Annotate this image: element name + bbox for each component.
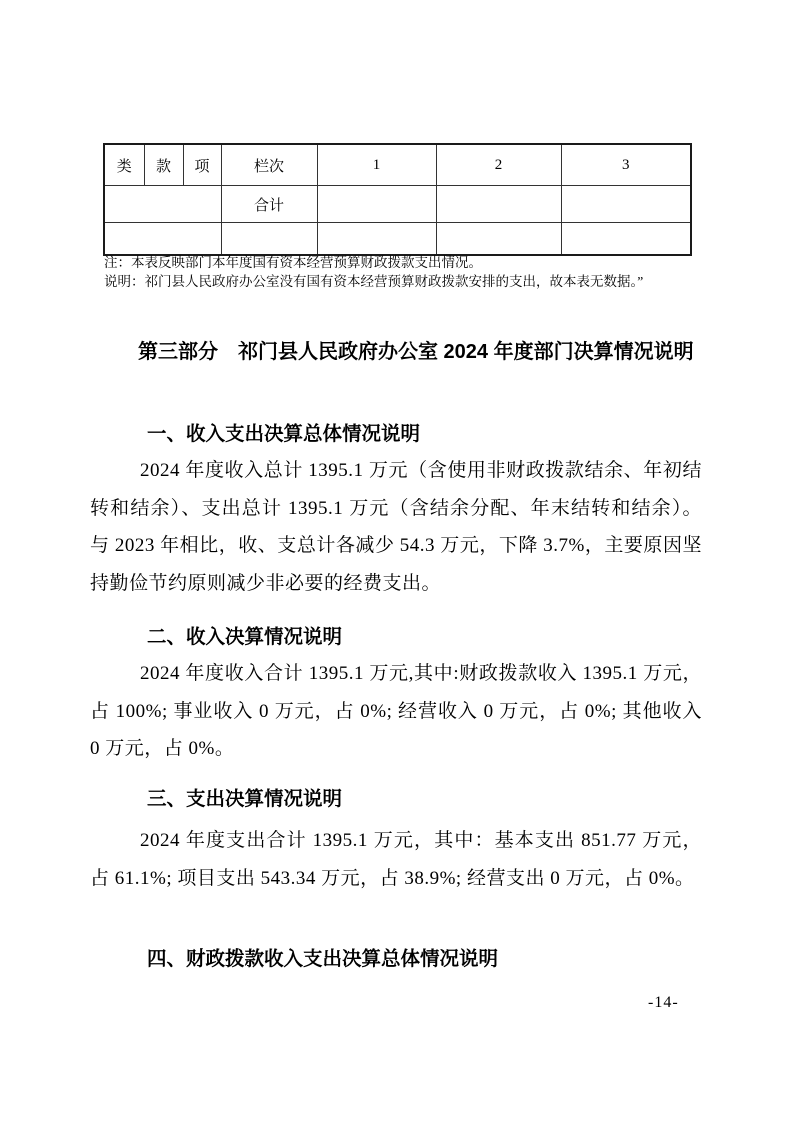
table-note: 注：本表反映部门本年度国有资本经营预算财政拨款支出情况。 [104, 254, 704, 273]
table-cell [221, 223, 317, 256]
table-header-cell: 类 [104, 144, 144, 186]
table-header-cell: 款 [144, 144, 183, 186]
table-header-cell: 栏次 [221, 144, 317, 186]
table-cell [436, 223, 561, 256]
document-page: 类 款 项 栏次 1 2 3 合计 [0, 0, 793, 1122]
table-header-row: 类 款 项 栏次 1 2 3 [104, 144, 691, 186]
section-paragraph-3: 2024 年度支出合计 1395.1 万元，其中：基本支出 851.77 万元，… [90, 822, 702, 897]
section-heading-3: 三、支出决算情况说明 [90, 780, 702, 819]
section-heading-1: 一、收入支出决算总体情况说明 [90, 415, 702, 454]
table-header-cell: 1 [317, 144, 436, 186]
table-cell [104, 186, 221, 223]
section-paragraph-2: 2024 年度收入合计 1395.1 万元,其中:财政拨款收入 1395.1 万… [90, 655, 702, 768]
table-cell [317, 223, 436, 256]
section-heading-2: 二、收入决算情况说明 [90, 618, 702, 657]
table-cell [436, 186, 561, 223]
table-cell [317, 186, 436, 223]
page-number: -14- [648, 994, 679, 1012]
section-paragraph-1: 2024 年度收入总计 1395.1 万元（含使用非财政拨款结余、年初结转和结余… [90, 452, 702, 602]
table-row [104, 223, 691, 256]
table-cell [104, 223, 221, 256]
table-cell-total: 合计 [221, 186, 317, 223]
table-header-cell: 3 [561, 144, 691, 186]
table-note-explanation: 说明：祁门县人民政府办公室没有国有资本经营预算财政拨款安排的支出，故本表无数据。… [104, 273, 704, 292]
table-header-cell: 2 [436, 144, 561, 186]
table-cell [561, 186, 691, 223]
part-three-title: 第三部分 祁门县人民政府办公室 2024 年度部门决算情况说明 [90, 333, 702, 372]
table-header-cell: 项 [183, 144, 221, 186]
table-cell [561, 223, 691, 256]
table-notes: 注：本表反映部门本年度国有资本经营预算财政拨款支出情况。 说明：祁门县人民政府办… [104, 254, 704, 291]
state-capital-budget-table: 类 款 项 栏次 1 2 3 合计 [103, 143, 692, 256]
section-heading-4: 四、财政拨款收入支出决算总体情况说明 [90, 940, 702, 979]
table-row: 合计 [104, 186, 691, 223]
